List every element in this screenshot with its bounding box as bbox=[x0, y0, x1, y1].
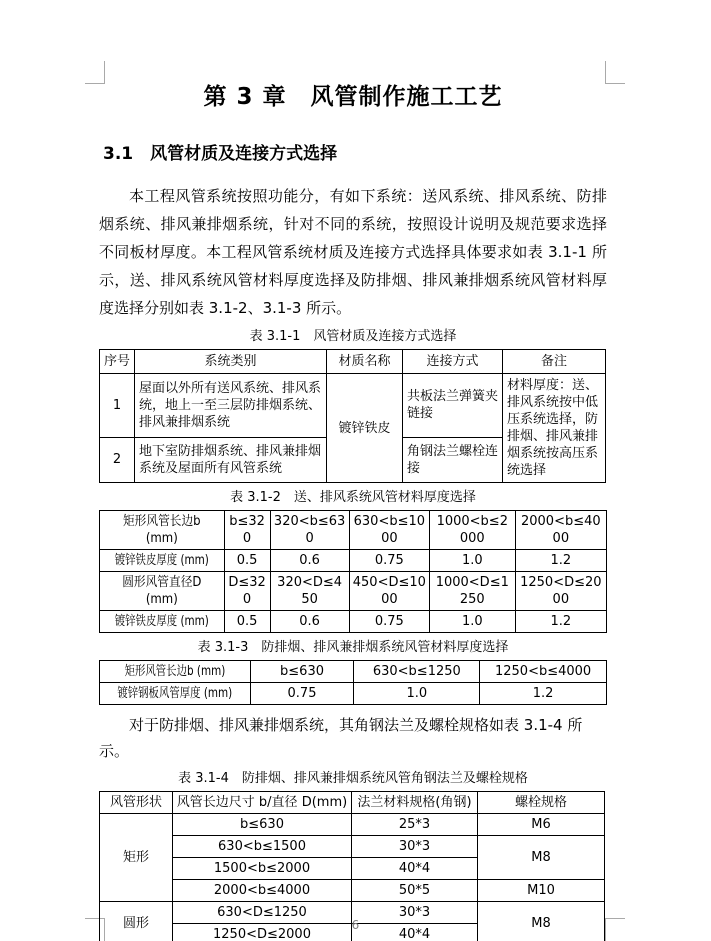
cell-range: 320<D≤450 bbox=[270, 572, 349, 611]
cell-range: 2000<b≤4000 bbox=[515, 511, 606, 550]
cell-thickness: 0.6 bbox=[270, 611, 349, 633]
cell-range: b≤320 bbox=[224, 511, 270, 550]
table1-caption: 表 3.1-1 风管材质及连接方式选择 bbox=[99, 328, 607, 345]
table1-header-category: 系统类别 bbox=[135, 350, 327, 374]
text-boundary-mark-top-right bbox=[605, 61, 625, 84]
cell-thickness: 0.6 bbox=[270, 550, 349, 572]
cell-range: 320<b≤630 bbox=[270, 511, 349, 550]
table4-header-size: 风管长边尺寸 b/直径 D(mm) bbox=[173, 792, 352, 814]
cell-range: 1250<b≤4000 bbox=[480, 661, 607, 683]
cell-label-text: 矩形风管长边b (mm) bbox=[109, 513, 215, 547]
cell-thickness: 0.75 bbox=[349, 611, 429, 633]
cell-range: 450<D≤1000 bbox=[349, 572, 429, 611]
cell-label-text: 镀锌钢板风管厚度 (mm) bbox=[117, 685, 232, 702]
cell-no: 1 bbox=[100, 374, 135, 438]
cell-thickness: 1.0 bbox=[354, 683, 480, 705]
cell-thickness: 0.5 bbox=[224, 550, 270, 572]
cell-label-text: 镀锌铁皮厚度 (mm) bbox=[115, 613, 209, 630]
table-row: 镀锌铁皮厚度 (mm) 0.5 0.6 0.75 1.0 1.2 bbox=[100, 611, 607, 633]
cell-size: 630<b≤1500 bbox=[173, 836, 352, 858]
table-smoke-exhaust-thickness: 矩形风管长边b (mm) b≤630 630<b≤1250 1250<b≤400… bbox=[99, 660, 607, 705]
table2-caption: 表 3.1-2 送、排风系统风管材料厚度选择 bbox=[99, 489, 607, 506]
cell-thickness: 0.5 bbox=[224, 611, 270, 633]
table-row: 圆形风管直径D (mm) D≤320 320<D≤450 450<D≤1000 … bbox=[100, 572, 607, 611]
table-row: 镀锌钢板风管厚度 (mm) 0.75 1.0 1.2 bbox=[100, 683, 607, 705]
intro-paragraph: 本工程风管系统按照功能分，有如下系统：送风系统、排风系统、防排烟系统、排风兼排烟… bbox=[99, 182, 607, 322]
cell-range: 630<b≤1250 bbox=[354, 661, 480, 683]
cell-flange: 30*3 bbox=[352, 836, 478, 858]
cell-shape-rect: 矩形 bbox=[100, 814, 173, 902]
table1-header-remark: 备注 bbox=[503, 350, 606, 374]
cell-thickness: 0.75 bbox=[349, 550, 429, 572]
table-row: 镀锌铁皮厚度 (mm) 0.5 0.6 0.75 1.0 1.2 bbox=[100, 550, 607, 572]
table-row: 2000<b≤4000 50*5 M10 bbox=[100, 880, 605, 902]
cell-flange: 25*3 bbox=[352, 814, 478, 836]
cell-thickness: 1.0 bbox=[429, 611, 515, 633]
cell-connection: 角钢法兰螺栓连接 bbox=[403, 437, 503, 482]
table1-header-no: 序号 bbox=[100, 350, 135, 374]
cell-no: 2 bbox=[100, 437, 135, 482]
cell-thickness: 1.2 bbox=[515, 611, 606, 633]
page-content: 第 3 章 风管制作施工工艺 3.1 风管材质及连接方式选择 本工程风管系统按照… bbox=[99, 80, 607, 941]
table-supply-exhaust-thickness: 矩形风管长边b (mm) b≤320 320<b≤630 630<b≤1000 … bbox=[99, 510, 607, 633]
table4-header-flange: 法兰材料规格(角钢) bbox=[352, 792, 478, 814]
cell-range: b≤630 bbox=[250, 661, 354, 683]
cell-range: 1250<D≤2000 bbox=[515, 572, 606, 611]
cell-flange: 40*4 bbox=[352, 858, 478, 880]
cell-remark: 材料厚度：送、排风系统按中低压系统选择，防排烟、排风兼排烟系统按高压系统选择 bbox=[503, 374, 606, 483]
table-row: 矩形风管长边b (mm) b≤630 630<b≤1250 1250<b≤400… bbox=[100, 661, 607, 683]
table-row: 风管形状 风管长边尺寸 b/直径 D(mm) 法兰材料规格(角钢) 螺栓规格 bbox=[100, 792, 605, 814]
cell-label-text: 镀锌铁皮厚度 (mm) bbox=[115, 552, 209, 569]
page-number: 6 bbox=[0, 918, 711, 932]
cell-thickness: 1.0 bbox=[429, 550, 515, 572]
cell-range: 1000<D≤1250 bbox=[429, 572, 515, 611]
cell-bolt: M8 bbox=[478, 836, 605, 880]
section-heading: 3.1 风管材质及连接方式选择 bbox=[103, 143, 607, 165]
note-paragraph: 对于防排烟、排风兼排烟系统，其角钢法兰及螺栓规格如表 3.1-4 所示。 bbox=[99, 712, 607, 764]
table-row: 矩形风管长边b (mm) b≤320 320<b≤630 630<b≤1000 … bbox=[100, 511, 607, 550]
table-row: 1 屋面以外所有送风系统、排风系统，地上一至三层防排烟系统、排风兼排烟系统 镀锌… bbox=[100, 374, 606, 438]
cell-size: 1500<b≤2000 bbox=[173, 858, 352, 880]
table-row: 序号 系统类别 材质名称 连接方式 备注 bbox=[100, 350, 606, 374]
cell-label-text: 圆形风管直径D (mm) bbox=[109, 574, 215, 608]
cell-thickness: 1.2 bbox=[480, 683, 607, 705]
cell-range: 1000<b≤2000 bbox=[429, 511, 515, 550]
cell-flange: 50*5 bbox=[352, 880, 478, 902]
cell-thickness-label: 镀锌钢板风管厚度 (mm) bbox=[100, 683, 251, 705]
cell-thickness: 0.75 bbox=[250, 683, 354, 705]
cell-range: 630<b≤1000 bbox=[349, 511, 429, 550]
cell-thickness-label: 镀锌铁皮厚度 (mm) bbox=[100, 611, 225, 633]
table3-caption: 表 3.1-3 防排烟、排风兼排烟系统风管材料厚度选择 bbox=[99, 639, 607, 656]
table1-header-connection: 连接方式 bbox=[403, 350, 503, 374]
cell-bolt: M6 bbox=[478, 814, 605, 836]
cell-category: 地下室防排烟系统、排风兼排烟系统及屋面所有风管系统 bbox=[135, 437, 327, 482]
cell-connection: 共板法兰弹簧夹链接 bbox=[403, 374, 503, 438]
document-page: { "doc": { "title": "第 3 章 风管制作施工工艺", "s… bbox=[0, 0, 711, 941]
table4-caption: 表 3.1-4 防排烟、排风兼排烟系统风管角钢法兰及螺栓规格 bbox=[99, 770, 607, 787]
cell-range: D≤320 bbox=[224, 572, 270, 611]
cell-rect-side-label: 矩形风管长边b (mm) bbox=[100, 661, 251, 683]
chapter-title: 第 3 章 风管制作施工工艺 bbox=[99, 80, 607, 114]
cell-thickness-label: 镀锌铁皮厚度 (mm) bbox=[100, 550, 225, 572]
table-row: 矩形 b≤630 25*3 M6 bbox=[100, 814, 605, 836]
cell-label-text: 矩形风管长边b (mm) bbox=[124, 663, 225, 680]
table4-header-shape: 风管形状 bbox=[100, 792, 173, 814]
table-row: 630<b≤1500 30*3 M8 bbox=[100, 836, 605, 858]
cell-thickness: 1.2 bbox=[515, 550, 606, 572]
table1-header-material: 材质名称 bbox=[327, 350, 403, 374]
cell-material: 镀锌铁皮 bbox=[327, 374, 403, 483]
table-material-connection: 序号 系统类别 材质名称 连接方式 备注 1 屋面以外所有送风系统、排风系统，地… bbox=[99, 349, 606, 483]
cell-bolt: M10 bbox=[478, 880, 605, 902]
cell-size: b≤630 bbox=[173, 814, 352, 836]
table4-header-bolt: 螺栓规格 bbox=[478, 792, 605, 814]
cell-round-diameter-label: 圆形风管直径D (mm) bbox=[100, 572, 225, 611]
cell-rect-side-label: 矩形风管长边b (mm) bbox=[100, 511, 225, 550]
cell-size: 2000<b≤4000 bbox=[173, 880, 352, 902]
cell-category: 屋面以外所有送风系统、排风系统，地上一至三层防排烟系统、排风兼排烟系统 bbox=[135, 374, 327, 438]
